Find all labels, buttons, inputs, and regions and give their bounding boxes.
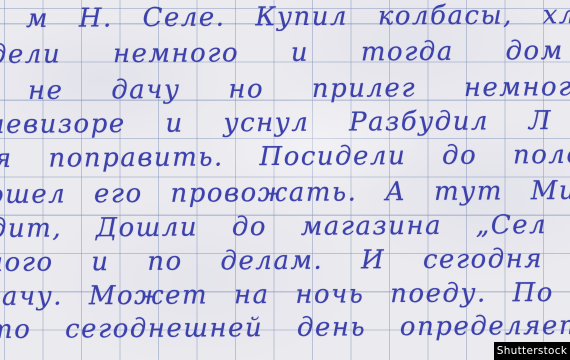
watermark-badge: Shutterstock	[494, 342, 570, 360]
handwritten-line: я поправить. Посидели до поло	[0, 142, 570, 172]
handwritten-line: дели немного и тогда дом	[0, 38, 564, 68]
watermark-label: Shutterstock	[497, 345, 567, 357]
handwritten-line: левизоре и уснул Разбудил Л	[0, 108, 552, 138]
handwritten-line: дит, Дошли до магазина „Сел	[0, 212, 547, 242]
handwritten-line: дачу. Может на ночь поеду. По	[0, 280, 554, 310]
handwritten-line: то сегоднешней день определяет	[0, 313, 570, 343]
handwritten-line: м Н. Селе. Купил колбасы, хлебу	[26, 2, 570, 32]
handwritten-note-photo: м Н. Селе. Купил колбасы, хлебу дели нем…	[0, 0, 570, 360]
handwritten-line: не дачу но прилег немного и	[28, 74, 570, 104]
handwritten-line: ного и по делам. И сегодня	[0, 246, 543, 276]
handwritten-line: ошел его провожать. А тут Мир	[0, 178, 570, 208]
